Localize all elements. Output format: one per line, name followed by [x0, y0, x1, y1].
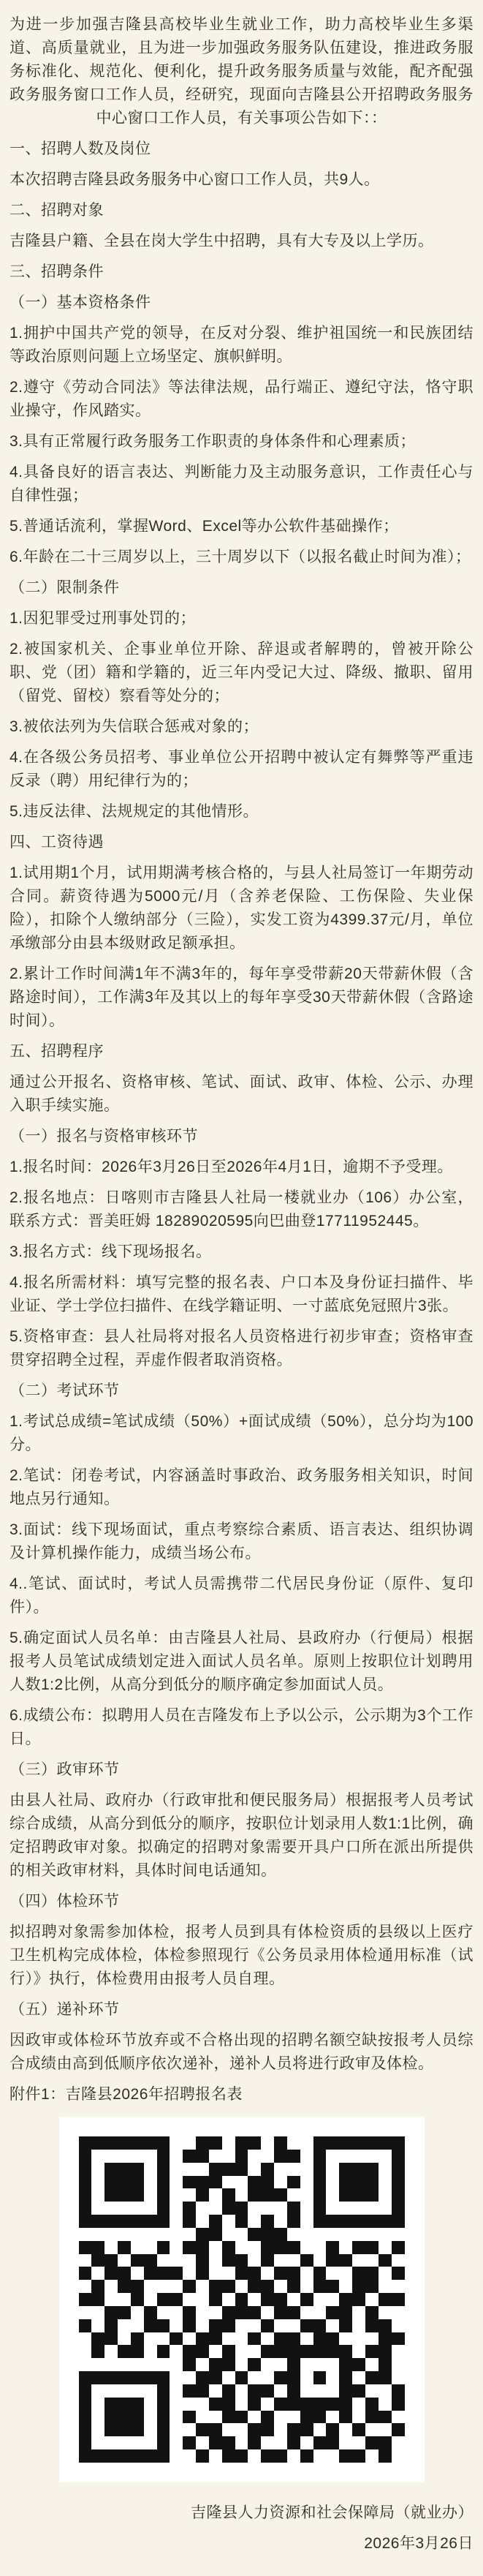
qr-module: [379, 2254, 392, 2267]
qr-module: [365, 2345, 379, 2358]
qr-module: [209, 2228, 222, 2241]
qr-module: [392, 2176, 405, 2189]
qr-module: [274, 2306, 287, 2319]
qr-module: [118, 2188, 131, 2202]
qr-module: [222, 2423, 235, 2436]
qr-module: [235, 2306, 248, 2319]
qr-module: [222, 2306, 235, 2319]
qr-module: [313, 2332, 327, 2346]
qr-module: [365, 2319, 379, 2332]
qr-module: [235, 2332, 248, 2346]
qr-module: [131, 2332, 144, 2346]
qr-module: [326, 2241, 339, 2254]
qr-module: [313, 2319, 327, 2332]
qr-module: [392, 2293, 405, 2306]
qr-module: [287, 2423, 300, 2436]
qr-module: [157, 2254, 170, 2267]
qr-module: [118, 2358, 131, 2371]
qr-module: [196, 2293, 209, 2306]
qr-module: [261, 2398, 274, 2411]
qr-module: [209, 2306, 222, 2319]
qr-module: [183, 2280, 196, 2293]
paragraph: 2.被国家机关、企事业单位开除、辞退或者解聘的，曾被开除公职、党（团）籍和学籍的…: [9, 638, 474, 708]
qr-module: [170, 2136, 183, 2150]
qr-module: [209, 2267, 222, 2280]
qr-module: [379, 2176, 392, 2189]
qr-module: [235, 2150, 248, 2163]
qr-module: [183, 2384, 196, 2398]
qr-module: [392, 2215, 405, 2228]
qr-module: [313, 2358, 327, 2371]
qr-module: [392, 2267, 405, 2280]
qr-module: [209, 2215, 222, 2228]
qr-module: [157, 2188, 170, 2202]
qr-module: [287, 2241, 300, 2254]
qr-module: [209, 2319, 222, 2332]
qr-module: [248, 2202, 261, 2215]
qr-module: [170, 2371, 183, 2384]
qr-module: [261, 2436, 274, 2449]
qr-module: [248, 2228, 261, 2241]
qr-module: [261, 2293, 274, 2306]
qr-module: [91, 2241, 104, 2254]
qr-module: [79, 2188, 92, 2202]
qr-module: [104, 2254, 118, 2267]
section-heading: 一、招聘人数及岗位: [9, 138, 474, 161]
qr-module: [196, 2371, 209, 2384]
qr-module: [248, 2436, 261, 2449]
qr-module: [131, 2411, 144, 2424]
qr-module: [313, 2449, 327, 2463]
qr-module: [91, 2358, 104, 2371]
qr-module: [248, 2371, 261, 2384]
qr-module: [392, 2423, 405, 2436]
qr-code: [79, 2136, 405, 2463]
qr-module: [222, 2188, 235, 2202]
qr-module: [79, 2306, 92, 2319]
paragraph: 拟招聘对象需参加体检，报考人员到具有体检资质的县级以上医疗卫生机构完成体检，体检…: [9, 1921, 474, 1991]
qr-module: [326, 2293, 339, 2306]
qr-module: [222, 2228, 235, 2241]
qr-module: [379, 2423, 392, 2436]
qr-module: [300, 2384, 313, 2398]
paragraph: 2.累计工作时间满1年不满3年的，每年享受带薪20天带薪休假（含路途时间），工作…: [9, 963, 474, 1033]
section-heading: 五、招聘程序: [9, 1040, 474, 1063]
qr-module: [326, 2436, 339, 2449]
qr-module: [196, 2202, 209, 2215]
qr-module: [104, 2384, 118, 2398]
qr-module: [248, 2136, 261, 2150]
paragraph: 2.笔试：闭卷考试，内容涵盖时事政治、政务服务相关知识，时间地点另行通知。: [9, 1464, 474, 1511]
qr-module: [183, 2332, 196, 2346]
qr-module: [196, 2241, 209, 2254]
qr-module: [157, 2176, 170, 2189]
qr-module: [183, 2293, 196, 2306]
qr-module: [261, 2449, 274, 2463]
qr-module: [183, 2202, 196, 2215]
qr-module: [392, 2332, 405, 2346]
qr-module: [261, 2254, 274, 2267]
qr-module: [274, 2384, 287, 2398]
qr-module: [313, 2384, 327, 2398]
qr-module: [248, 2358, 261, 2371]
qr-module: [183, 2215, 196, 2228]
qr-module: [352, 2293, 365, 2306]
qr-module: [300, 2267, 313, 2280]
qr-module: [131, 2163, 144, 2176]
qr-module: [248, 2163, 261, 2176]
qr-module: [261, 2215, 274, 2228]
qr-module: [365, 2241, 379, 2254]
qr-module: [104, 2436, 118, 2449]
qr-module: [118, 2293, 131, 2306]
qr-module: [196, 2267, 209, 2280]
qr-module: [131, 2150, 144, 2163]
qr-module: [104, 2150, 118, 2163]
qr-module: [287, 2163, 300, 2176]
qr-module: [274, 2371, 287, 2384]
qr-module: [183, 2371, 196, 2384]
qr-module: [365, 2371, 379, 2384]
qr-module: [300, 2449, 313, 2463]
qr-module: [326, 2176, 339, 2189]
qr-module: [274, 2280, 287, 2293]
qr-module: [261, 2267, 274, 2280]
qr-module: [274, 2345, 287, 2358]
qr-module: [379, 2449, 392, 2463]
qr-module: [131, 2293, 144, 2306]
qr-module: [365, 2436, 379, 2449]
qr-module: [300, 2293, 313, 2306]
qr-module: [170, 2228, 183, 2241]
qr-module: [104, 2345, 118, 2358]
qr-module: [222, 2241, 235, 2254]
qr-module: [287, 2176, 300, 2189]
qr-module: [196, 2319, 209, 2332]
qr-module: [339, 2202, 352, 2215]
qr-module: [222, 2371, 235, 2384]
qr-module: [157, 2332, 170, 2346]
qr-module: [144, 2267, 157, 2280]
qr-module: [313, 2345, 327, 2358]
qr-module: [392, 2188, 405, 2202]
qr-module: [300, 2358, 313, 2371]
subsection-heading: （四）体检环节: [9, 1890, 474, 1913]
qr-module: [274, 2423, 287, 2436]
qr-module: [196, 2254, 209, 2267]
paragraph: 4.报名所需材料：填写完整的报名表、户口本及身份证扫描件、毕业证、学士学位扫描件…: [9, 1271, 474, 1318]
paragraph: 5.普通话流利，掌握Word、Excel等办公软件基础操作；: [9, 515, 474, 538]
qr-module: [104, 2215, 118, 2228]
qr-module: [131, 2176, 144, 2189]
qr-module: [339, 2293, 352, 2306]
qr-module: [392, 2254, 405, 2267]
qr-module: [131, 2215, 144, 2228]
qr-module: [392, 2411, 405, 2424]
qr-module: [79, 2202, 92, 2215]
qr-module: [209, 2345, 222, 2358]
paragraph: 4..笔试、面试时，考试人员需携带二代居民身份证（原件、复印件）。: [9, 1573, 474, 1619]
qr-module: [261, 2358, 274, 2371]
qr-module: [287, 2215, 300, 2228]
qr-module: [144, 2202, 157, 2215]
qr-module: [248, 2176, 261, 2189]
qr-module: [209, 2423, 222, 2436]
qr-module: [104, 2449, 118, 2463]
qr-module: [365, 2228, 379, 2241]
qr-module: [144, 2384, 157, 2398]
qr-module: [222, 2436, 235, 2449]
paragraph: 1.考试总成绩=笔试成绩（50%）+面试成绩（50%），总分均为100分。: [9, 1410, 474, 1457]
paragraph: 5.资格审查：县人社局将对报名人员资格进行初步审查；资格审查贯穿招聘全过程，弄虚…: [9, 1325, 474, 1372]
qr-module: [235, 2241, 248, 2254]
qr-module: [104, 2267, 118, 2280]
qr-module: [222, 2176, 235, 2189]
qr-module: [326, 2306, 339, 2319]
qr-module: [339, 2371, 352, 2384]
qr-module: [326, 2136, 339, 2150]
qr-module: [326, 2319, 339, 2332]
qr-module: [79, 2280, 92, 2293]
qr-module: [313, 2280, 327, 2293]
qr-module: [144, 2306, 157, 2319]
qr-module: [326, 2411, 339, 2424]
qr-module: [79, 2215, 92, 2228]
qr-module: [248, 2398, 261, 2411]
qr-module: [352, 2202, 365, 2215]
qr-module: [144, 2188, 157, 2202]
qr-module: [352, 2384, 365, 2398]
qr-module: [183, 2306, 196, 2319]
qr-module: [91, 2398, 104, 2411]
qr-module: [365, 2254, 379, 2267]
qr-module: [222, 2280, 235, 2293]
qr-module: [261, 2411, 274, 2424]
qr-module: [352, 2241, 365, 2254]
qr-module: [379, 2150, 392, 2163]
qr-module: [287, 2436, 300, 2449]
qr-module: [131, 2319, 144, 2332]
qr-module: [352, 2136, 365, 2150]
qr-module: [287, 2136, 300, 2150]
qr-module: [209, 2449, 222, 2463]
qr-module: [326, 2423, 339, 2436]
qr-module: [352, 2423, 365, 2436]
qr-module: [144, 2423, 157, 2436]
qr-module: [104, 2332, 118, 2346]
qr-module: [300, 2241, 313, 2254]
qr-module: [222, 2293, 235, 2306]
qr-module: [144, 2358, 157, 2371]
qr-module: [91, 2411, 104, 2424]
qr-module: [365, 2332, 379, 2346]
paragraph: 2.遵守《劳动合同法》等法律法规，品行端正、遵纪守法，恪守职业操守，作风踏实。: [9, 376, 474, 423]
qr-module: [104, 2163, 118, 2176]
qr-module: [287, 2280, 300, 2293]
paragraph: 1.试用期1个月，试用期满考核合格的，与县人社局签订一年期劳动合同。薪资待遇为5…: [9, 862, 474, 955]
qr-module: [313, 2202, 327, 2215]
issue-date: 2026年3月26日: [9, 2532, 474, 2556]
qr-module: [196, 2188, 209, 2202]
announcement-body: 为进一步加强吉隆县高校毕业生就业工作，助力高校毕业生多渠道、高质量就业，且为进一…: [9, 13, 474, 2106]
qr-module: [209, 2411, 222, 2424]
qr-module: [170, 2163, 183, 2176]
qr-module: [326, 2215, 339, 2228]
qr-module: [170, 2436, 183, 2449]
qr-module: [131, 2345, 144, 2358]
qr-module: [300, 2306, 313, 2319]
qr-module: [131, 2449, 144, 2463]
qr-module: [157, 2136, 170, 2150]
qr-module: [261, 2423, 274, 2436]
qr-module: [235, 2202, 248, 2215]
qr-module: [144, 2398, 157, 2411]
qr-module: [379, 2371, 392, 2384]
qr-module: [379, 2163, 392, 2176]
qr-module: [352, 2306, 365, 2319]
qr-module: [326, 2188, 339, 2202]
qr-module: [313, 2411, 327, 2424]
qr-module: [326, 2202, 339, 2215]
qr-module: [300, 2254, 313, 2267]
qr-module: [183, 2398, 196, 2411]
qr-module: [170, 2306, 183, 2319]
qr-module: [131, 2423, 144, 2436]
qr-module: [91, 2202, 104, 2215]
qr-module: [365, 2188, 379, 2202]
qr-module: [392, 2398, 405, 2411]
qr-module: [274, 2202, 287, 2215]
qr-module: [379, 2411, 392, 2424]
qr-module: [392, 2163, 405, 2176]
paragraph: 吉隆县户籍、全县在岗大学生中招聘，具有大专及以上学历。: [9, 230, 474, 253]
qr-module: [131, 2267, 144, 2280]
qr-module: [144, 2163, 157, 2176]
qr-module: [144, 2293, 157, 2306]
qr-module: [287, 2319, 300, 2332]
qr-module: [222, 2332, 235, 2346]
qr-module: [196, 2306, 209, 2319]
qr-module: [365, 2398, 379, 2411]
qr-module: [261, 2228, 274, 2241]
qr-module: [261, 2384, 274, 2398]
qr-module: [287, 2254, 300, 2267]
qr-module: [287, 2228, 300, 2241]
qr-module: [365, 2215, 379, 2228]
qr-module: [261, 2371, 274, 2384]
qr-module: [287, 2371, 300, 2384]
qr-module: [379, 2358, 392, 2371]
qr-module: [118, 2384, 131, 2398]
subsection-heading: （二）考试环节: [9, 1379, 474, 1403]
qr-module: [392, 2449, 405, 2463]
qr-module: [352, 2319, 365, 2332]
qr-module: [183, 2449, 196, 2463]
qr-module: [104, 2241, 118, 2254]
qr-module: [235, 2371, 248, 2384]
qr-module: [222, 2319, 235, 2332]
qr-module: [261, 2150, 274, 2163]
qr-module: [274, 2136, 287, 2150]
qr-module: [196, 2150, 209, 2163]
qr-module: [183, 2436, 196, 2449]
qr-module: [248, 2241, 261, 2254]
qr-module: [118, 2241, 131, 2254]
qr-module: [392, 2202, 405, 2215]
qr-module: [79, 2150, 92, 2163]
qr-module: [157, 2371, 170, 2384]
qr-module: [170, 2176, 183, 2189]
qr-module: [183, 2228, 196, 2241]
qr-module: [104, 2202, 118, 2215]
qr-module: [261, 2319, 274, 2332]
qr-module: [339, 2188, 352, 2202]
qr-module: [131, 2384, 144, 2398]
qr-module: [326, 2371, 339, 2384]
qr-module: [118, 2306, 131, 2319]
qr-module: [222, 2398, 235, 2411]
qr-module: [118, 2436, 131, 2449]
qr-module: [183, 2254, 196, 2267]
qr-module: [222, 2150, 235, 2163]
qr-module: [235, 2293, 248, 2306]
qr-module: [209, 2241, 222, 2254]
qr-module: [392, 2136, 405, 2150]
qr-module: [274, 2398, 287, 2411]
qr-module: [157, 2411, 170, 2424]
qr-module: [170, 2241, 183, 2254]
qr-module: [313, 2176, 327, 2189]
qr-module: [326, 2449, 339, 2463]
qr-module: [118, 2228, 131, 2241]
qr-module: [170, 2293, 183, 2306]
qr-module: [248, 2150, 261, 2163]
qr-module: [79, 2293, 92, 2306]
qr-module: [379, 2215, 392, 2228]
qr-module: [118, 2319, 131, 2332]
qr-module: [339, 2241, 352, 2254]
announcement-page: 为进一步加强吉隆县高校毕业生就业工作，助力高校毕业生多渠道、高质量就业，且为进一…: [0, 0, 483, 2576]
qr-module: [131, 2280, 144, 2293]
qr-code-box: [59, 2117, 425, 2482]
qr-module: [339, 2306, 352, 2319]
qr-module: [118, 2449, 131, 2463]
subsection-heading: （五）递补环节: [9, 1998, 474, 2022]
qr-module: [365, 2150, 379, 2163]
qr-module: [144, 2150, 157, 2163]
qr-module: [144, 2332, 157, 2346]
qr-module: [365, 2306, 379, 2319]
qr-module: [79, 2411, 92, 2424]
qr-module: [326, 2228, 339, 2241]
qr-module: [261, 2280, 274, 2293]
qr-module: [339, 2150, 352, 2163]
qr-module: [235, 2280, 248, 2293]
qr-module: [118, 2136, 131, 2150]
qr-module: [118, 2345, 131, 2358]
qr-module: [274, 2215, 287, 2228]
qr-module: [339, 2176, 352, 2189]
qr-module: [104, 2293, 118, 2306]
qr-module: [183, 2163, 196, 2176]
qr-module: [131, 2202, 144, 2215]
qr-module: [352, 2163, 365, 2176]
qr-module: [274, 2293, 287, 2306]
qr-module: [183, 2267, 196, 2280]
issuing-department: 吉隆县人力资源和社会保障局（就业办）: [9, 2501, 474, 2525]
qr-module: [392, 2436, 405, 2449]
qr-module: [118, 2163, 131, 2176]
